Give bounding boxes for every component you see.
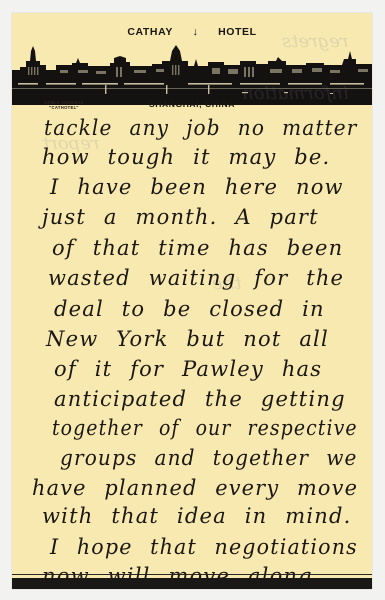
footer-band [12,578,372,589]
letter-line: I have been here now [50,175,344,199]
letter-line: deal to be closed in [54,297,325,321]
letter-line: how tough it may be. [42,145,330,169]
bleed-through-text: information [242,83,349,104]
letter-line: just a month. A part [42,205,319,229]
letter-line: anticipated the getting [54,387,346,411]
letter-line: New York but not all [46,327,329,351]
letter-line: together of our respective [52,416,358,440]
letter-line: groups and together we [60,446,358,470]
letter-line: tackle any job no matter [44,116,357,140]
letter-line: I hope that negotiations [50,535,358,559]
footer-rule [12,574,372,576]
letter-line: wasted waiting for the [48,266,344,290]
letter-line: with that idea in mind. [42,504,352,528]
bleed-through-text: regrets [282,31,349,52]
letter-page: CATHAY ↓ HOTEL [12,13,372,589]
letter-line: have planned every move [32,476,358,500]
letter-line: of that time has been [52,236,343,260]
letter-line: of it for Pawley has [54,357,322,381]
